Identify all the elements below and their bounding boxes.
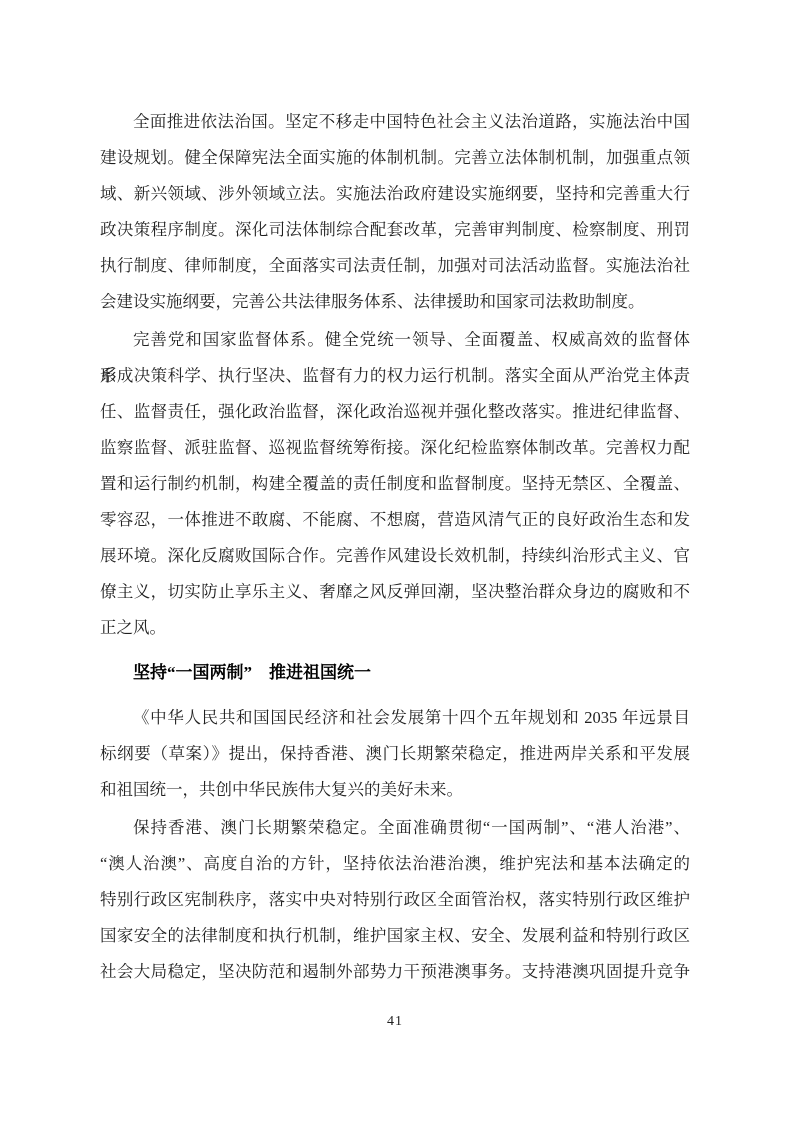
paragraph-line: 政决策程序制度。深化司法体制综合配套改革，完善审判制度、检察制度、刑罚 <box>100 212 690 248</box>
paragraph-line: 展环境。深化反腐败国际合作。完善作风建设长效机制，持续纠治形式主义、官 <box>100 538 690 574</box>
paragraph-line: 任、监督责任，强化政治监督，深化政治巡视并强化整改落实。推进纪律监督、 <box>100 394 690 430</box>
document-page: 全面推进依法治国。坚定不移走中国特色社会主义法治道路，实施法治中国 建设规划。健… <box>0 0 793 1122</box>
paragraph-line: 全面推进依法治国。坚定不移走中国特色社会主义法治道路，实施法治中国 <box>100 104 690 140</box>
paragraph-line: 正之风。 <box>100 610 690 646</box>
paragraph-line: “澳人治澳”、高度自治的方针，坚持依法治港治澳，维护宪法和基本法确定的 <box>100 846 690 882</box>
paragraph-line: 社会大局稳定，坚决防范和遏制外部势力干预港澳事务。支持港澳巩固提升竞争 <box>100 954 690 990</box>
paragraph-line: 监察监督、派驻监督、巡视监督统筹衔接。深化纪检监察体制改革。完善权力配 <box>100 430 690 466</box>
paragraph-line: 特别行政区宪制秩序，落实中央对特别行政区全面管治权，落实特别行政区维护 <box>100 882 690 918</box>
paragraph-line: 标纲要（草案）》提出，保持香港、澳门长期繁荣稳定，推进两岸关系和平发展 <box>100 736 690 772</box>
paragraph-line: 完善党和国家监督体系。健全党统一领导、全面覆盖、权威高效的监督体系， <box>100 322 690 358</box>
paragraph-line: 执行制度、律师制度，全面落实司法责任制，加强对司法活动监督。实施法治社 <box>100 248 690 284</box>
paragraph-line: 形成决策科学、执行坚决、监督有力的权力运行机制。落实全面从严治党主体责 <box>100 358 690 394</box>
paragraph-hk-macao-stability: 保持香港、澳门长期繁荣稳定。全面准确贯彻“一国两制”、“港人治港”、 “澳人治澳… <box>100 810 690 990</box>
paragraph-plan-outline: 《中华人民共和国国民经济和社会发展第十四个五年规划和 2035 年远景目 标纲要… <box>100 700 690 808</box>
paragraph-line: 《中华人民共和国国民经济和社会发展第十四个五年规划和 2035 年远景目 <box>100 700 690 736</box>
paragraph-line: 僚主义，切实防止享乐主义、奢靡之风反弹回潮，坚决整治群众身边的腐败和不 <box>100 574 690 610</box>
paragraph-line: 保持香港、澳门长期繁荣稳定。全面准确贯彻“一国两制”、“港人治港”、 <box>100 810 690 846</box>
paragraph-line: 建设规划。健全保障宪法全面实施的体制机制。完善立法体制机制，加强重点领 <box>100 140 690 176</box>
paragraph-line: 域、新兴领域、涉外领域立法。实施法治政府建设实施纲要，坚持和完善重大行 <box>100 176 690 212</box>
section-heading: 坚持“一国两制” 推进祖国统一 <box>100 655 690 691</box>
paragraph-line: 和祖国统一，共创中华民族伟大复兴的美好未来。 <box>100 772 690 808</box>
paragraph-supervision-system: 完善党和国家监督体系。健全党统一领导、全面覆盖、权威高效的监督体系， 形成决策科… <box>100 322 690 646</box>
paragraph-line: 国家安全的法律制度和执行机制，维护国家主权、安全、发展利益和特别行政区 <box>100 918 690 954</box>
paragraph-rule-of-law: 全面推进依法治国。坚定不移走中国特色社会主义法治道路，实施法治中国 建设规划。健… <box>100 104 690 320</box>
paragraph-line: 零容忍，一体推进不敢腐、不能腐、不想腐，营造风清气正的良好政治生态和发 <box>100 502 690 538</box>
page-number: 41 <box>100 1014 690 1030</box>
paragraph-line: 置和运行制约机制，构建全覆盖的责任制度和监督制度。坚持无禁区、全覆盖、 <box>100 466 690 502</box>
paragraph-line: 会建设实施纲要，完善公共法律服务体系、法律援助和国家司法救助制度。 <box>100 284 690 320</box>
